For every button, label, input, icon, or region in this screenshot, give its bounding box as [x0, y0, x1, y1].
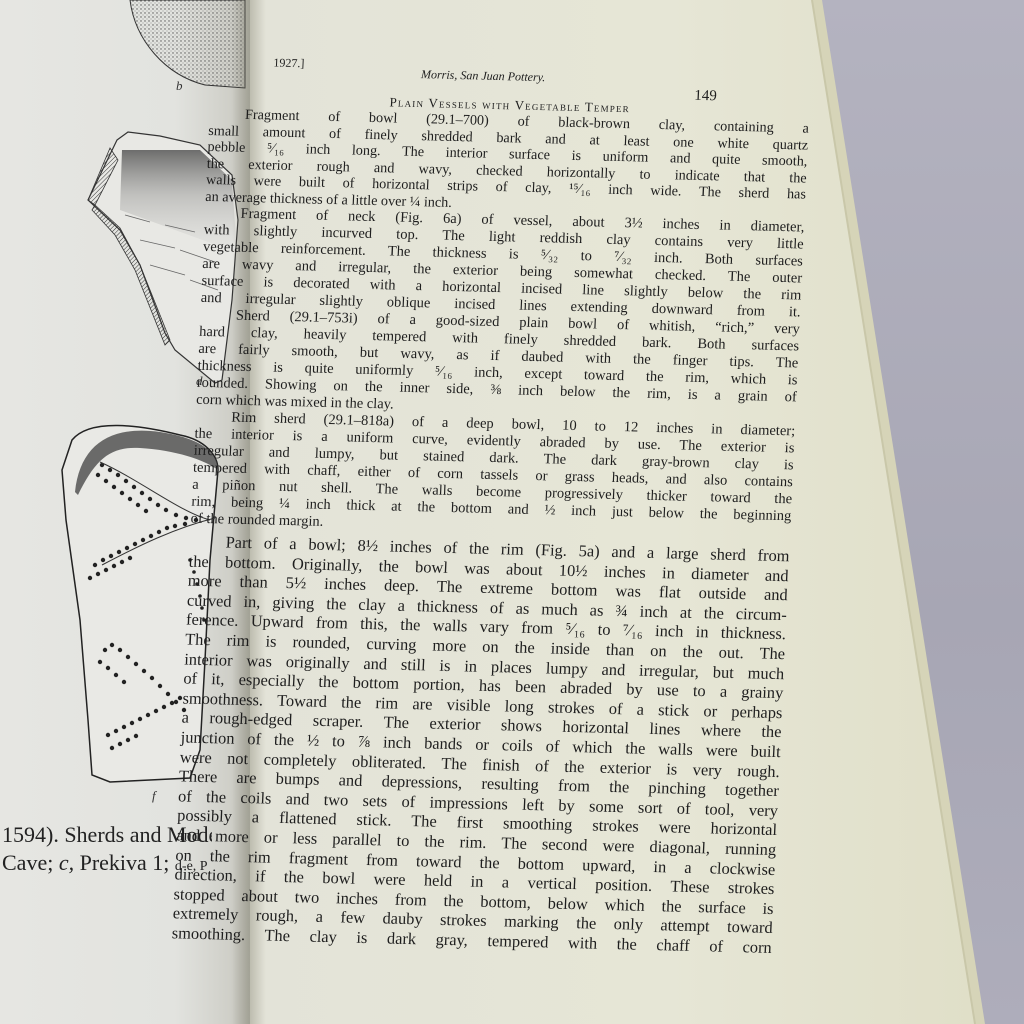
page-text: 1927.] Morris, San Juan Pottery. 149 Pla… — [171, 50, 811, 957]
page-number: 149 — [694, 88, 717, 106]
paragraph-1: Fragment of bowl (29.1–700) of black-bro… — [205, 106, 809, 220]
paragraph-3: Sherd (29.1–753i) of a good-sized plain … — [196, 307, 800, 424]
running-head-title: Morris, San Juan Pottery. — [421, 67, 546, 85]
paragraph-5: Part of a bowl; 8½ inches of the rim (Fi… — [171, 532, 789, 958]
caption-text-2a: Cave; — [2, 850, 59, 875]
caption-text-2c: Prekiva 1; — [74, 850, 175, 875]
paragraph-2: Fragment of neck (Fig. 6a) of vessel, ab… — [200, 205, 804, 322]
figure-label-b: b — [176, 78, 183, 94]
running-head-year: 1927.] — [273, 56, 305, 72]
caption-text-2b: c, — [59, 850, 74, 875]
paragraph-4: Rim sherd (29.1–818a) of a deep bowl, 10… — [190, 409, 795, 543]
figure-label-f: f — [152, 788, 156, 804]
